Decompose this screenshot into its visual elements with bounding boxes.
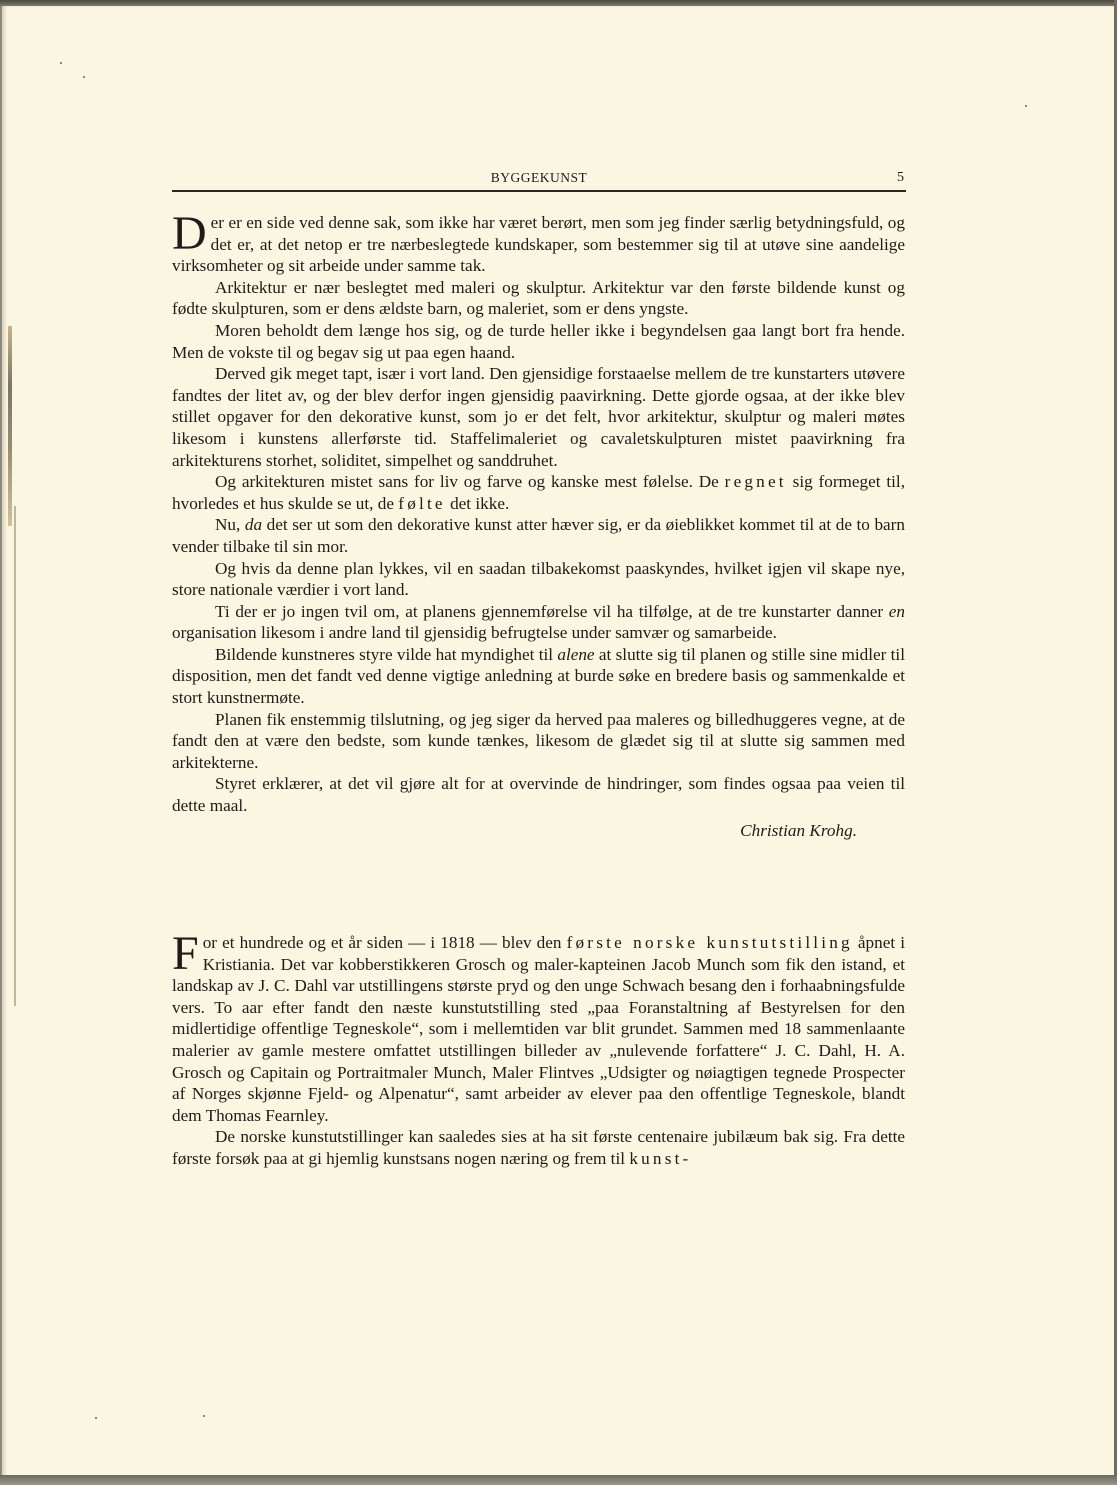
paragraph-text: åpnet i Kristiania. Det var kobberstikke… [172,933,905,1125]
paragraph: Derved gik meget tapt, især i vort land.… [172,363,905,471]
paragraph-text: det ser ut som den dekorative kunst atte… [172,515,905,556]
paragraph: Nu, da det ser ut som den dekorative kun… [172,514,905,557]
paragraph-text: Og arkitekturen mistet sans for liv og f… [215,472,725,491]
page-number: 5 [897,170,904,186]
drop-cap: F [172,935,199,973]
paragraph: Planen fik enstemmig tilslutning, og jeg… [172,709,905,774]
paragraph: For et hundrede og et år siden — i 1818 … [172,932,905,1126]
paragraph-text: De norske kunstutstillinger kan saaledes… [172,1127,905,1168]
paragraph: Og arkitekturen mistet sans for liv og f… [172,471,905,514]
binding-shadow [8,326,12,526]
author-signature: Christian Krohg. [172,820,905,842]
drop-cap: D [172,215,207,253]
paragraph: Der er en side ved denne sak, som ikke h… [172,212,905,277]
article-krohg: Der er en side ved denne sak, som ikke h… [172,212,905,841]
paper-speck [1025,105,1027,107]
paragraph: Bildende kunstneres styre vilde hat mynd… [172,644,905,709]
spaced-emphasis: regnet [725,472,787,491]
paragraph-text: organisation likesom i andre land til gj… [172,623,777,642]
italic-emphasis: da [245,515,262,534]
spaced-emphasis: første norske kunstutstilling [567,933,853,952]
paper-speck [203,1415,205,1417]
paragraph-text: det ikke. [446,494,509,513]
spaced-emphasis: kunst- [629,1149,691,1168]
paragraph-text: Bildende kunstneres styre vilde hat mynd… [215,645,557,664]
paragraph-text: er er en side ved denne sak, som ikke ha… [172,213,905,275]
running-title: BYGGEKUNST [172,170,906,186]
paragraph: Styret erklærer, at det vil gjøre alt fo… [172,773,905,816]
binding-line [14,506,16,1006]
spaced-emphasis: følte [398,494,446,513]
paper-speck [83,76,85,78]
paragraph: Og hvis da denne plan lykkes, vil en saa… [172,558,905,601]
article-exhibition-history: For et hundrede og et år siden — i 1818 … [172,932,905,1170]
paragraph-text: Nu, [215,515,245,534]
paragraph: Moren beholdt dem længe hos sig, og de t… [172,320,905,363]
paragraph-text: Ti der er jo ingen tvil om, at planens g… [215,602,889,621]
paragraph: Ti der er jo ingen tvil om, at planens g… [172,601,905,644]
paper-speck [95,1417,97,1419]
paragraph: De norske kunstutstillinger kan saaledes… [172,1126,905,1169]
paragraph: Arkitektur er nær beslegtet med maleri o… [172,277,905,320]
paragraph-text: or et hundrede og et år siden — i 1818 —… [203,933,567,952]
paper-speck [60,62,62,64]
italic-emphasis: alene [557,645,594,664]
page-header: BYGGEKUNST 5 [172,168,906,192]
italic-emphasis: en [889,602,905,621]
scan-bottom-edge [0,1475,1117,1485]
